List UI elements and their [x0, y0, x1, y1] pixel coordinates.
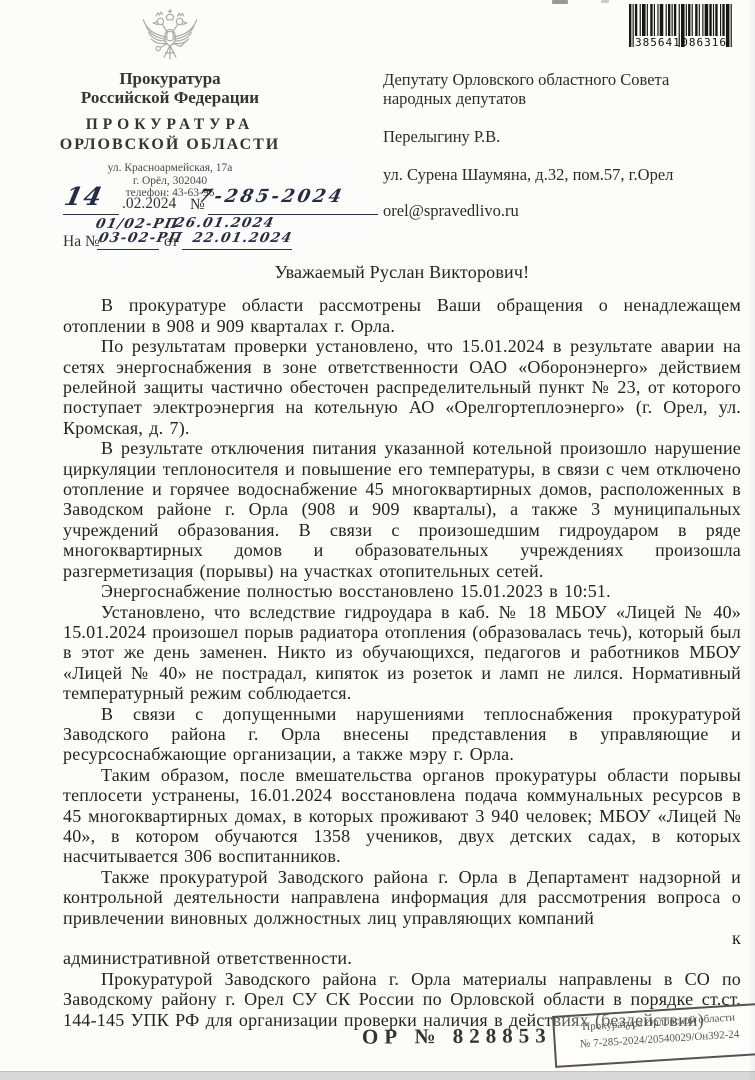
addressee-email: orel@spravedlivo.ru: [383, 201, 723, 221]
scan-edge-bottom: [0, 1071, 755, 1080]
blank-line: [208, 196, 378, 215]
registration-barcode: 385641 086316: [628, 4, 736, 51]
printed-date: .02.2024: [122, 195, 176, 213]
hanging-continuation: административной ответственности.: [63, 948, 741, 968]
barcode-digits-right: 086316: [681, 36, 727, 49]
letterhead-org-line1: Прокуратура: [38, 70, 302, 89]
letterhead-name-line2: ОРЛОВСКОЙ ОБЛАСТИ: [38, 136, 302, 154]
letterhead: Прокуратура Российской Федерации ПРОКУРА…: [38, 70, 302, 200]
addressee-title-line2: народных депутатов: [383, 89, 723, 108]
scan-edge-right: [748, 0, 755, 1080]
blank-line: [182, 233, 292, 250]
salutation: Уважаемый Руслан Викторович!: [63, 262, 741, 282]
coat-of-arms-icon: [138, 8, 202, 70]
paragraph-1: В прокуратуре области рассмотрены Ваши о…: [63, 295, 741, 336]
letterhead-name-line1: ПРОКУРАТУРА: [38, 116, 302, 134]
letter-body: Уважаемый Руслан Викторович! В прокурату…: [63, 262, 741, 1030]
scan-artifact: [601, 0, 609, 3]
paragraph-3: В результате отключения питания указанно…: [63, 438, 741, 581]
blank-line: [63, 196, 119, 215]
or-number-stamp: ОР № 828853: [362, 1023, 552, 1049]
addressee-name: Перелыгину Р.В.: [383, 127, 723, 147]
scan-artifact: [552, 0, 568, 4]
letterhead-org-line2: Российской Федерации: [38, 89, 302, 108]
blank-line: [97, 233, 159, 250]
printed-na-no-label: На №: [63, 233, 100, 251]
addressee-title-line1: Депутату Орловского областного Совета: [383, 70, 723, 89]
hanging-word-k: к: [63, 928, 741, 948]
reference-block: 14 .02.2024 № 7-285-2024 01/02-РП 26.01.…: [63, 186, 403, 258]
handwritten-note2: 26.01.2024: [173, 215, 276, 231]
printed-ot-label: от: [164, 233, 178, 251]
addressee-block: Депутату Орловского областного Совета на…: [383, 70, 723, 221]
paragraph-7: Таким образом, после вмешательства орган…: [63, 765, 741, 867]
paragraph-4: Энергоснабжение полностью восстановлено …: [63, 581, 741, 601]
scanned-letter-page: Прокуратура Российской Федерации ПРОКУРА…: [0, 0, 755, 1080]
paragraph-8: Также прокуратурой Заводского района г. …: [63, 867, 741, 928]
paragraph-2: По результатам проверки установлено, что…: [63, 336, 741, 438]
paragraph-5: Установлено, что вследствие гидроудара в…: [63, 602, 741, 704]
addressee-street: ул. Сурена Шаумяна, д.32, пом.57, г.Орел: [383, 165, 723, 185]
barcode-digits-left: 385641: [635, 36, 681, 49]
letterhead-address-line1: ул. Красноармейская, 17а: [38, 162, 302, 175]
paragraph-6: В связи с допущенными нарушениями теплос…: [63, 704, 741, 765]
